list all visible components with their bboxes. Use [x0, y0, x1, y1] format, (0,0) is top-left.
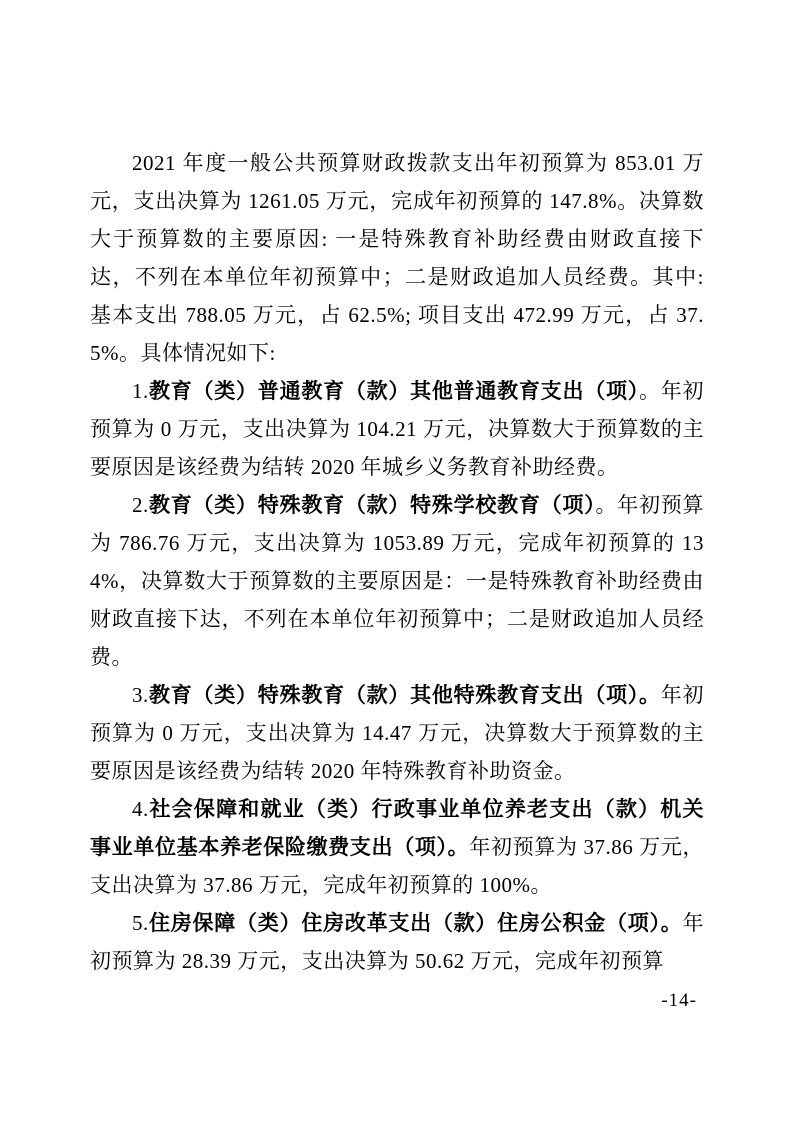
- paragraph-item-5: 5.住房保障（类）住房改革支出（款）住房公积金（项）。年初预算为 28.39 万…: [90, 904, 704, 980]
- paragraph-item-3: 3.教育（类）特殊教育（款）其他特殊教育支出（项）。年初预算为 0 万元，支出决…: [90, 676, 704, 790]
- paragraph-item-4: 4.社会保障和就业（类）行政事业单位养老支出（款）机关事业单位基本养老保险缴费支…: [90, 790, 704, 904]
- document-page: 2021 年度一般公共预算财政拨款支出年初预算为 853.01 万元，支出决算为…: [0, 0, 793, 1122]
- item-2-heading: 教育（类）特殊教育（款）特殊学校教育（项）: [149, 493, 596, 517]
- paragraph-intro: 2021 年度一般公共预算财政拨款支出年初预算为 853.01 万元，支出决算为…: [90, 144, 704, 372]
- item-1-number: 1.: [132, 379, 149, 403]
- document-body: 2021 年度一般公共预算财政拨款支出年初预算为 853.01 万元，支出决算为…: [90, 144, 704, 980]
- paragraph-item-1: 1.教育（类）普通教育（款）其他普通教育支出（项）。年初预算为 0 万元，支出决…: [90, 372, 704, 486]
- item-2-body: 。年初预算为 786.76 万元，支出决算为 1053.89 万元，完成年初预算…: [90, 493, 704, 669]
- page-number: -14-: [661, 990, 697, 1012]
- item-3-heading: 教育（类）特殊教育（款）其他特殊教育支出（项）。: [149, 683, 661, 707]
- item-2-number: 2.: [132, 493, 149, 517]
- item-1-heading: 教育（类）普通教育（款）其他普通教育支出（项）: [149, 379, 639, 403]
- item-4-number: 4.: [132, 797, 149, 821]
- intro-text: 2021 年度一般公共预算财政拨款支出年初预算为 853.01 万元，支出决算为…: [90, 151, 704, 365]
- item-5-number: 5.: [132, 911, 149, 935]
- item-5-heading: 住房保障（类）住房改革支出（款）住房公积金（项）。: [149, 911, 683, 935]
- item-3-number: 3.: [132, 683, 149, 707]
- paragraph-item-2: 2.教育（类）特殊教育（款）特殊学校教育（项）。年初预算为 786.76 万元，…: [90, 486, 704, 676]
